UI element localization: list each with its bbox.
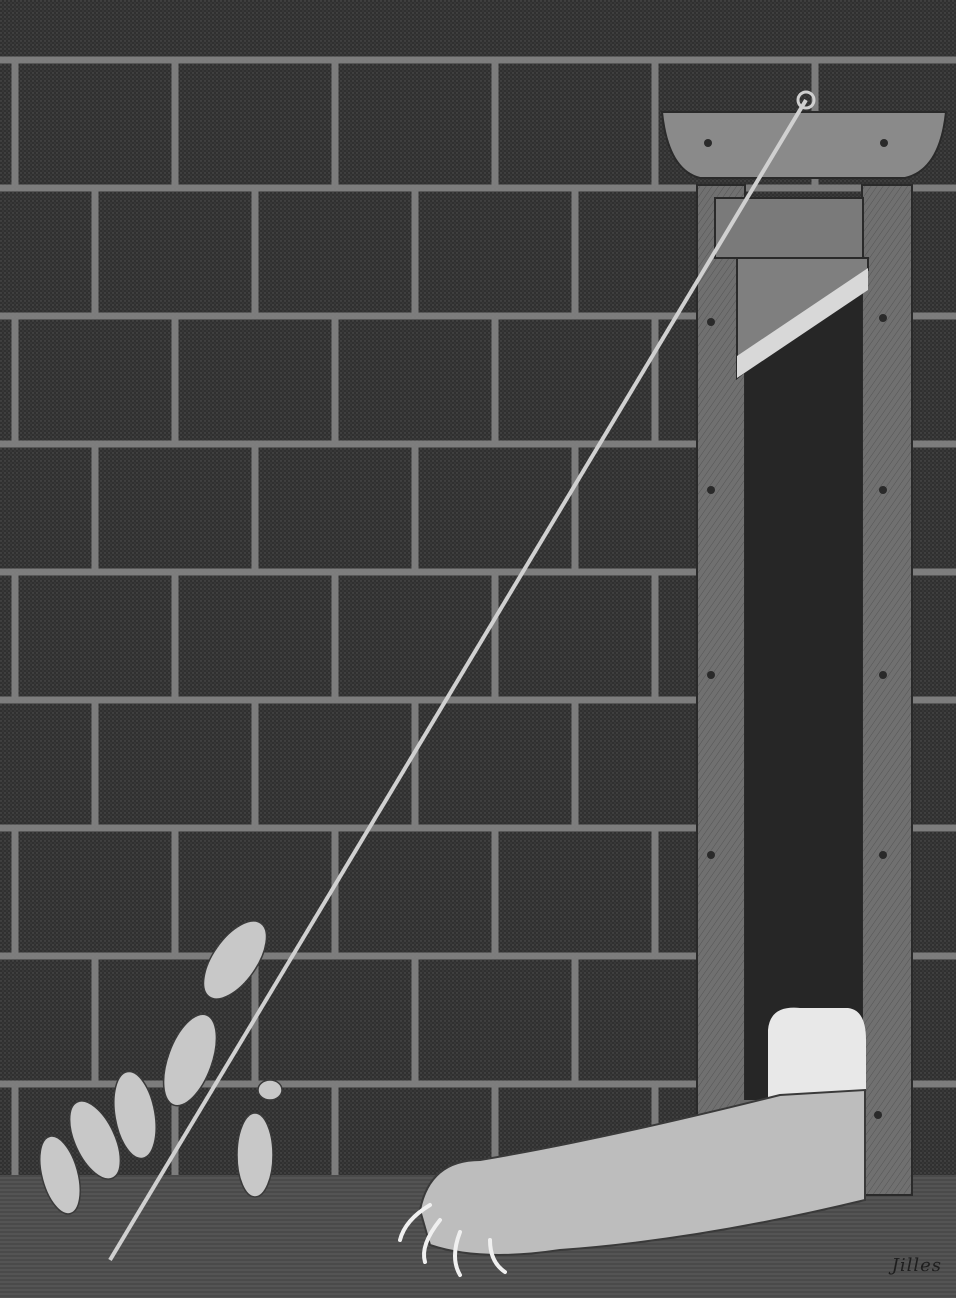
drawing (0, 0, 956, 1298)
guillotine (662, 112, 946, 1195)
artwork-canvas: Jilles (0, 0, 956, 1298)
artist-signature: Jilles (892, 1255, 942, 1276)
